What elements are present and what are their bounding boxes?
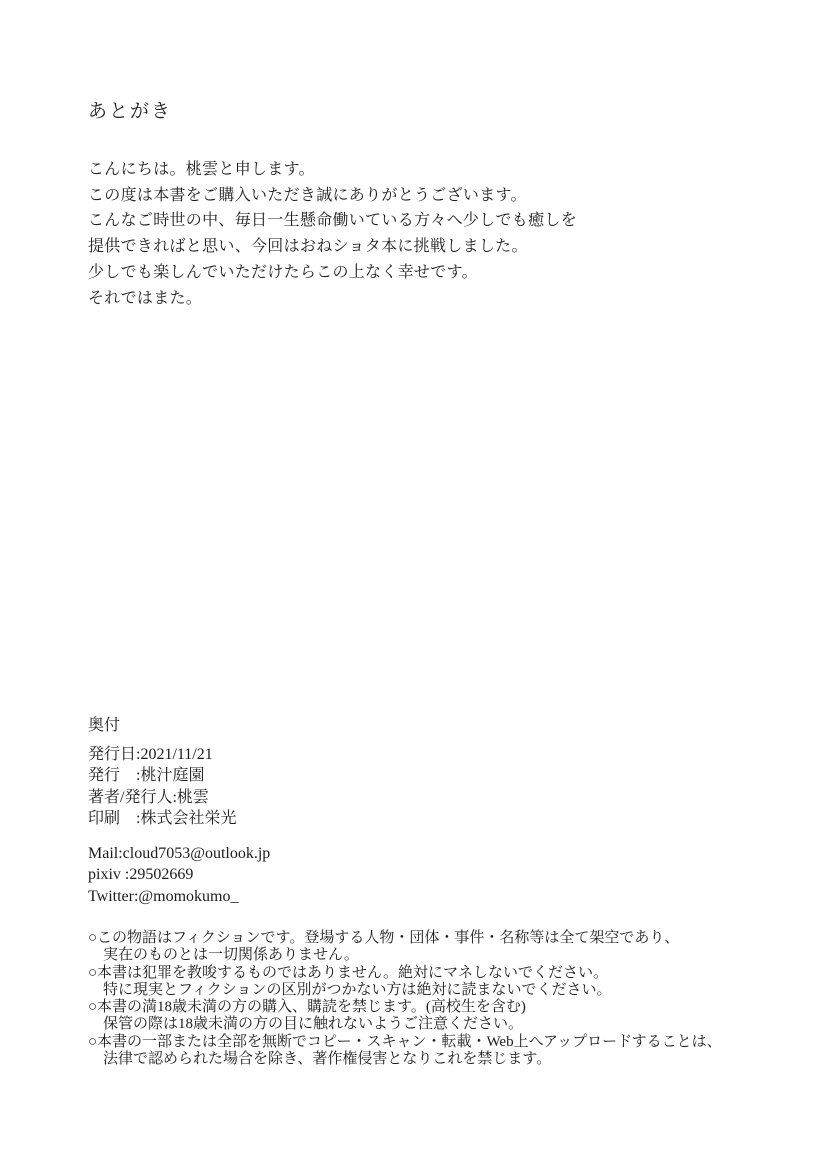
author: 著者/発行人:桃雲 [88,787,236,808]
publication-date: 発行日:2021/11/21 [88,744,236,765]
disclaimer-line: ○本書は犯罪を教唆するものではありません。絶対にマネしないでください。 [88,965,722,982]
disclaimer-line: ○本書の一部または全部を無断でコピー・スキャン・転載・Web上へアップロードする… [88,1034,722,1051]
afterword-line: それではまた。 [88,286,577,312]
colophon-info: 発行日:2021/11/21 発行 :桃汁庭園 著者/発行人:桃雲 印刷 :株式… [88,744,236,830]
disclaimer-line: 法律で認められた場合を除き、著作権侵害となりこれを禁じます。 [88,1051,722,1068]
colophon-title: 奥付 [88,712,120,735]
disclaimer-notices: ○この物語はフィクションです。登場する人物・団体・事件・名称等は全て架空であり、… [88,930,722,1068]
afterword-line: こんなご時世の中、毎日一生懸命働いている方々へ少しでも癒しを [88,208,577,234]
afterword-line: 提供できればと思い、今回はおねショタ本に挑戦しました。 [88,234,577,260]
contact-pixiv: pixiv :29502669 [88,864,270,885]
disclaimer-line: 特に現実とフィクションの区別がつかない方は絶対に読まないでください。 [88,982,722,999]
afterword-body: こんにちは。桃雲と申します。 この度は本書をご購入いただき誠にありがとうございま… [88,157,577,311]
disclaimer-line: ○本書の満18歳未満の方の購入、購読を禁じます。(高校生を含む) [88,999,722,1016]
disclaimer-line: 保管の際は18歳未満の方の目に触れないようご注意ください。 [88,1016,722,1033]
afterword-line: 少しでも楽しんでいただけたらこの上なく幸せです。 [88,260,577,286]
contact-info: Mail:cloud7053@outlook.jp pixiv :2950266… [88,843,270,907]
document-page: あとがき こんにちは。桃雲と申します。 この度は本書をご購入いただき誠にありがと… [0,0,835,1168]
disclaimer-line: ○この物語はフィクションです。登場する人物・団体・事件・名称等は全て架空であり、 [88,930,722,947]
disclaimer-line: 実在のものとは一切関係ありません。 [88,947,722,964]
contact-mail: Mail:cloud7053@outlook.jp [88,843,270,864]
afterword-title: あとがき [88,96,172,123]
publisher: 発行 :桃汁庭園 [88,765,236,786]
printer: 印刷 :株式会社栄光 [88,808,236,829]
afterword-line: こんにちは。桃雲と申します。 [88,157,577,183]
contact-twitter: Twitter:@momokumo_ [88,886,270,907]
afterword-line: この度は本書をご購入いただき誠にありがとうございます。 [88,183,577,209]
